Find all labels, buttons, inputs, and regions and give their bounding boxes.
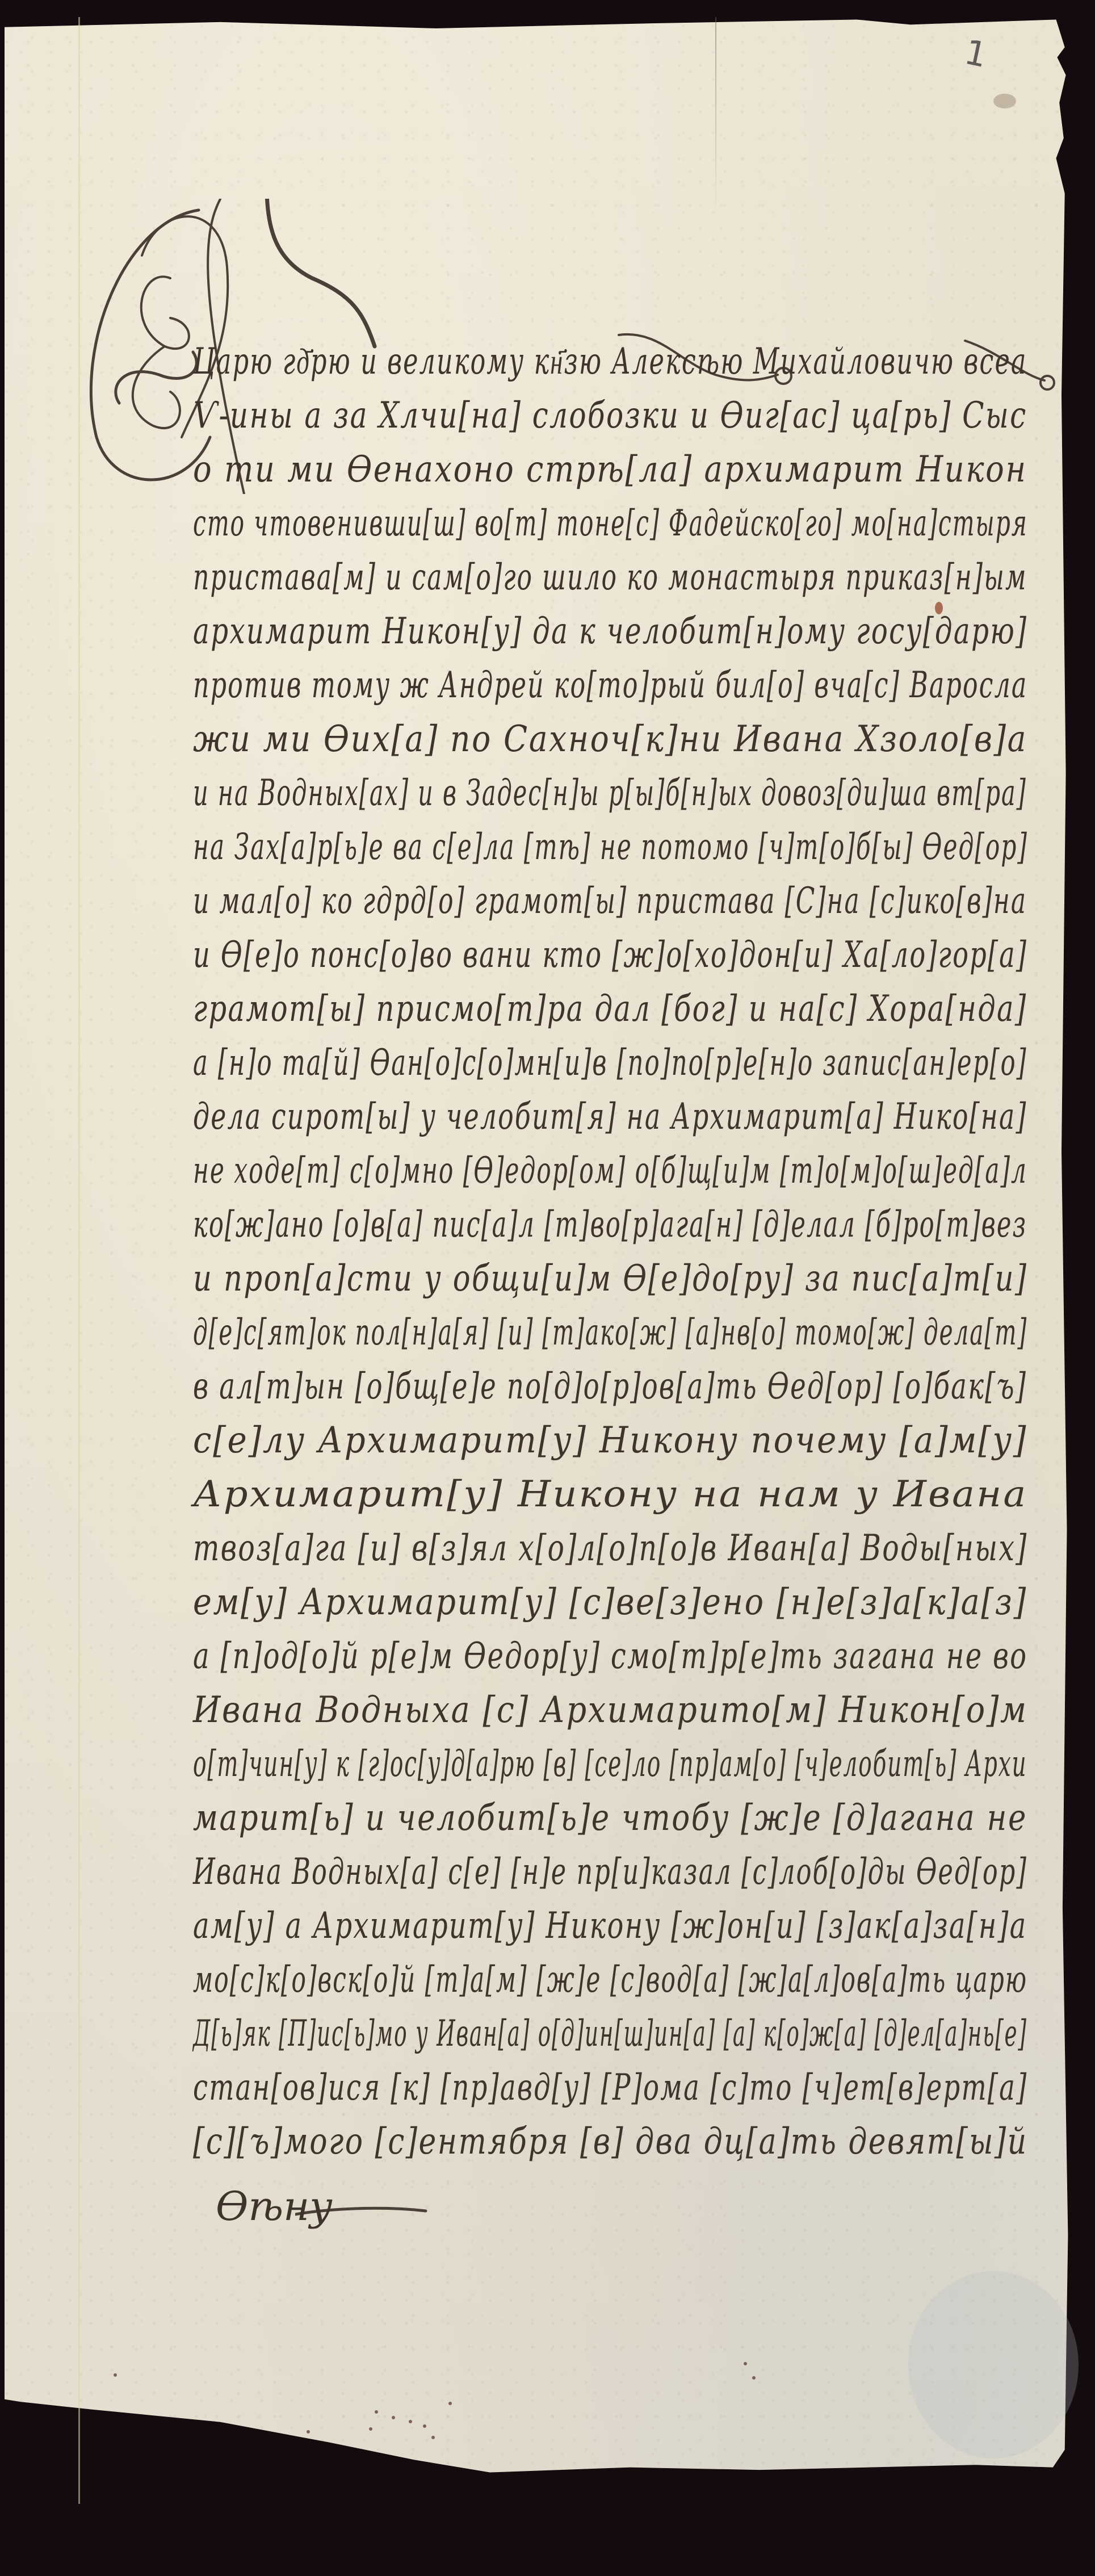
manuscript-line: Ивана Водныха [с] Архимарито[м] Никон[о]… xyxy=(193,1689,1028,1731)
manuscript-line: жи ми Ѳих[а] по Сахноч[к]ни Ивана Хзоло[… xyxy=(193,718,1027,760)
manuscript-line: архимарит Никон[у] да к челобит[н]ому го… xyxy=(193,610,1027,652)
manuscript-line: стан[ов]ися [к] [пр]авд[у] [Р]ома [с]то … xyxy=(193,2067,1027,2109)
manuscript-line: а [п]од[о]й р[е]м Ѳедор[у] смо[т]р[е]ть … xyxy=(193,1635,1027,1677)
manuscript-line: д[е]с[ят]ок пол[н]а[я] [и] [т]ако[ж] [а]… xyxy=(193,1312,1027,1354)
signature-line: Ѳѣну xyxy=(216,2183,333,2230)
manuscript-line: мо[с]к[о]вск[о]й [т]а[м] [ж]е [с]вод[а] … xyxy=(193,1959,1027,2001)
manuscript-line: марит[ь] и челобит[ь]е чтобу [ж]е [д]ага… xyxy=(193,1797,1027,1839)
manuscript-line: в ал[т]ын [о]бщ[е]е по[д]о[р]ов[а]ть Ѳед… xyxy=(193,1366,1027,1408)
manuscript-line: ам[у] а Архимарит[у] Никону [ж]он[и] [з]… xyxy=(193,1905,1027,1947)
manuscript-line: Д[ь]як [П]ис[ь]мо у Иван[а] о[д]ин[ш]ин[… xyxy=(193,2013,1027,2055)
manuscript-line: дела сирот[ы] у челобит[я] на Архимарит[… xyxy=(193,1096,1027,1138)
manuscript-line: Ѵ-ины а за Хлчи[на] слобозки и Ѳиг[ас] ц… xyxy=(193,395,1027,437)
manuscript-line: против тому ж Андрей ко[то]рый бил[о] вч… xyxy=(193,664,1027,706)
manuscript-line: о ти ми Ѳенахоно стрѣ[ла] архимарит Нико… xyxy=(193,449,1027,491)
water-stain xyxy=(908,2271,1079,2458)
manuscript-line: о[т]чин[у] к [г]ос[у]д[а]рю [в] [се]ло [… xyxy=(193,1743,1027,1785)
manuscript-line: Архимарит[у] Никону на нам у Ивана xyxy=(193,1473,1027,1515)
manuscript-line: не ходе[т] с[о]мно [Ѳ]едор[ом] о[б]щ[и]м… xyxy=(193,1150,1027,1192)
manuscript-line: Ивана Водных[а] с[е] [н]е пр[и]казал [с]… xyxy=(193,1851,1027,1893)
manuscript-line: [с][ъ]мого [с]ентября [в] два дц[а]ть де… xyxy=(193,2121,1028,2163)
manuscript-line: ем[у] Архимарит[у] [с]ве[з]ено [н]е[з]а[… xyxy=(193,1581,1027,1623)
ink-stain xyxy=(993,94,1016,108)
paper-fold-crease xyxy=(715,17,716,216)
manuscript-line: и проп[а]сти у общи[и]м Ѳ[е]до[ру] за пи… xyxy=(193,1258,1027,1300)
manuscript-line: и мал[о] ко гдрд[о] грамот[ы] пристава [… xyxy=(193,880,1027,922)
manuscript-line: сто чтовенивши[ш] во[т] тоне[с] Фадейско… xyxy=(193,502,1028,544)
manuscript-line: а [н]о та[й] Ѳан[о]с[о]мн[и]в [по]по[р]е… xyxy=(193,1042,1027,1084)
manuscript-line: Царю гд҃рю и великому кн҃зю Алексѣю Миха… xyxy=(193,341,1027,383)
manuscript-line: на Зах[а]р[ь]е ва с[е]ла [тѣ] не потомо … xyxy=(193,826,1028,868)
manuscript-line: с[е]лу Архимарит[у] Никону почему [а]м[у… xyxy=(193,1419,1027,1461)
manuscript-line: и Ѳ[е]о понс[о]во вани кто [ж]о[хо]дон[и… xyxy=(193,934,1027,976)
manuscript-line: ко[ж]ано [о]в[а] пис[а]л [т]во[р]ага[н] … xyxy=(193,1204,1027,1246)
manuscript-line: твоз[а]га [и] в[з]ял х[о]л[о]п[о]в Иван[… xyxy=(193,1527,1028,1569)
manuscript-line: и на Водных[ах] и в Задес[н]ы р[ы]б[н]ых… xyxy=(193,772,1027,814)
manuscript-line: грамот[ы] присмо[т]ра дал [бог] и на[с] … xyxy=(193,988,1027,1030)
manuscript-line: пристава[м] и сам[о]го шило ко монастыря… xyxy=(193,556,1027,598)
